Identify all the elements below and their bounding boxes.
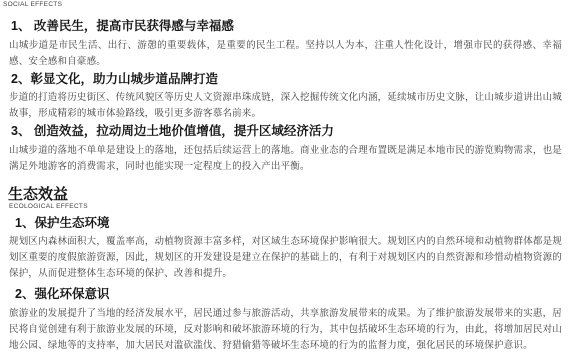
paragraph-strengthen-awareness: 旅游业的发展提升了当地的经济发展水平，居民通过参与旅游活动，共享旅游发展带来的成… [3, 306, 567, 354]
section-ecological-effects: 生态效益 ECOLOGICAL EFFECTS 1、保护生态环境 规划区内森林面… [3, 186, 567, 354]
document-page: SOCIAL EFFECTS 1、 改善民生，提高市民获得感与幸福感 山城步道是… [0, 0, 570, 360]
heading-strengthen-awareness: 2、强化环保意识 [3, 287, 567, 302]
social-effects-label: SOCIAL EFFECTS [3, 1, 567, 9]
heading-create-benefits: 3、 创造效益，拉动周边土地价值增值，提升区域经济活力 [3, 124, 567, 139]
ecological-effects-title: 生态效益 [3, 186, 567, 203]
paragraph-highlight-culture: 步道的打造将历史街区、传统风貌区等历史人文资源串珠成链，深入挖掘传统文化内涵，延… [3, 90, 567, 122]
heading-protect-ecology: 1、保护生态环境 [3, 216, 567, 231]
paragraph-protect-ecology: 规划区内森林面积大，覆盖率高，动植物资源丰富多样，对区域生态环境保护影响很大。规… [3, 234, 567, 282]
section-social-effects: SOCIAL EFFECTS 1、 改善民生，提高市民获得感与幸福感 山城步道是… [3, 1, 567, 175]
paragraph-create-benefits: 山城步道的落地不单单是建设上的落地，还包括后续运营上的落地。商业业态的合理布置既… [3, 143, 567, 175]
heading-highlight-culture: 2、彰显文化，助力山城步道品牌打造 [3, 72, 567, 87]
heading-improve-livelihood: 1、 改善民生，提高市民获得感与幸福感 [3, 19, 567, 34]
paragraph-improve-livelihood: 山城步道是市民生活、出行、游憩的重要载体，是重要的民生工程。坚持以人为本，注重人… [3, 38, 567, 70]
ecological-effects-label: ECOLOGICAL EFFECTS [3, 203, 567, 211]
